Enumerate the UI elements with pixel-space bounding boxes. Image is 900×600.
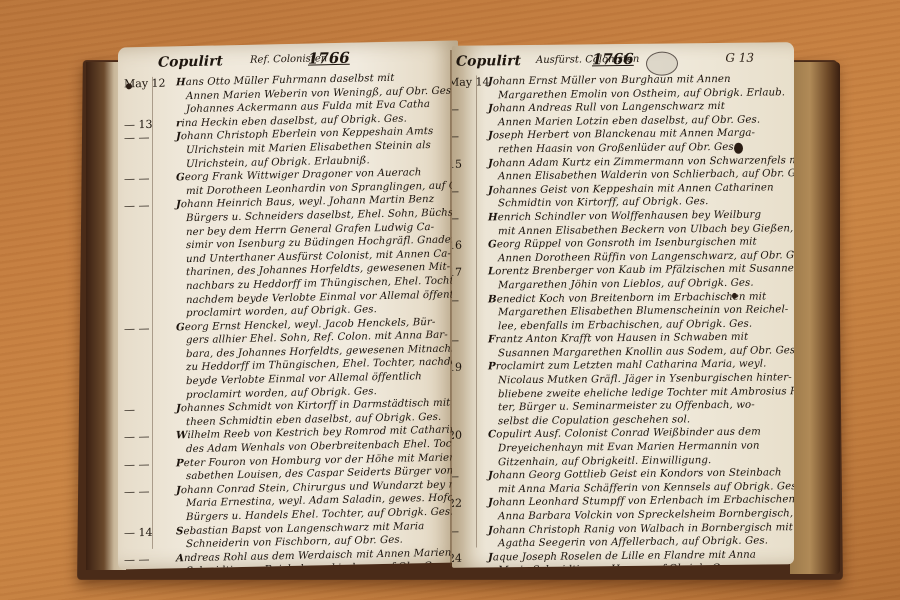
- register-entry: —Johann Christoph Ranig von Walbach in B…: [452, 521, 794, 552]
- book-page-edges-right: [790, 62, 840, 574]
- left-page: Copulirt Ref. Colonisten 1766 May 12Hans…: [118, 40, 458, 569]
- entry-date-marker: 22: [452, 497, 462, 511]
- entry-date-marker: 15: [452, 157, 462, 171]
- entry-date-marker: — 13: [124, 118, 153, 132]
- register-entry: —Johann Georg Gottlieb Geist ein Kondors…: [452, 466, 794, 497]
- entry-date-marker: —: [452, 184, 459, 198]
- register-entry: 17Lorentz Brenberger von Kaub im Pfälzis…: [452, 263, 794, 294]
- register-entry: May 14Johann Ernst Müller von Burghaun m…: [452, 72, 794, 103]
- entry-date-marker: — —: [124, 430, 150, 444]
- entry-date-marker: — —: [124, 485, 150, 499]
- register-entry: 16Georg Rüppel von Gonsroth im Isenburgi…: [452, 235, 794, 266]
- entry-date-marker: —: [452, 130, 459, 144]
- folio-number: G 13: [725, 51, 754, 65]
- register-entry: — —Georg Ernst Henckel, weyl. Jacob Henc…: [118, 315, 458, 404]
- ink-blot: [732, 293, 737, 299]
- register-entry: —Johannes Geist von Keppeshain mit Annen…: [452, 181, 794, 212]
- register-entry: May 12Hans Otto Müller Fuhrmann daselbst…: [118, 70, 458, 118]
- register-entry: — —Johann Christoph Eberlein von Keppesh…: [118, 125, 458, 173]
- register-entry: — —Johann Conrad Stein, Chirurgus und Wu…: [118, 478, 458, 526]
- entry-date-marker: —: [452, 524, 459, 538]
- register-entry: 15Johann Adam Kurtz ein Zimmermann von S…: [452, 154, 794, 185]
- entry-date-marker: —: [452, 293, 459, 307]
- entry-date-marker: — —: [124, 199, 150, 213]
- seal-stamp-icon: [646, 51, 678, 75]
- entry-date-marker: 17: [452, 266, 462, 280]
- register-entry: —Frantz Anton Krafft von Hausen in Schwa…: [452, 330, 794, 361]
- entry-date-marker: 16: [452, 239, 462, 253]
- register-entry: —Johann Andreas Rull von Langenschwarz m…: [452, 99, 794, 130]
- left-header-year: 1766: [308, 49, 350, 68]
- entry-date-marker: —: [452, 103, 459, 117]
- entry-date-marker: 20: [452, 429, 462, 443]
- entry-date-marker: — —: [124, 322, 150, 336]
- register-entry: 22Johann Leonhard Stumpff von Erlenbach …: [452, 494, 794, 525]
- entry-date-marker: — —: [124, 458, 150, 472]
- entry-date-marker: —: [452, 212, 459, 226]
- entry-date-marker: — 14: [124, 525, 153, 539]
- register-entry: —Henrich Schindler von Wolffenhausen bey…: [452, 208, 794, 239]
- entry-date-marker: May 14: [452, 75, 490, 89]
- left-entries: May 12Hans Otto Müller Fuhrmann daselbst…: [118, 70, 458, 569]
- right-header-title: Copulirt: [456, 53, 521, 70]
- entry-date-marker: 24: [452, 551, 462, 565]
- entry-date-marker: — —: [124, 172, 150, 186]
- register-entry: 19Proclamirt zum Letzten mahl Catharina …: [452, 358, 794, 430]
- ink-blot: [734, 143, 743, 154]
- right-page-header: Copulirt Ausfürst. Colonisten 1766 G 13: [456, 48, 784, 73]
- left-page-header: Copulirt Ref. Colonisten 1766: [158, 47, 448, 75]
- entry-date-marker: — —: [124, 553, 150, 567]
- register-entry: — —Johann Heinrich Baus, weyl. Johann Ma…: [118, 193, 458, 322]
- entry-date-marker: —: [124, 403, 135, 417]
- register-entry: 20Copulirt Ausf. Colonist Conrad Weißbin…: [452, 426, 794, 470]
- right-header-year: 1766: [592, 50, 634, 68]
- register-entry: —Joseph Herbert von Blanckenau mit Annen…: [452, 127, 794, 158]
- entry-date-marker: —: [452, 334, 459, 348]
- register-entry: —Benedict Koch von Breitenborn im Erbach…: [452, 290, 794, 334]
- entry-date-marker: 19: [452, 361, 462, 375]
- right-page: Copulirt Ausfürst. Colonisten 1766 G 13 …: [452, 42, 794, 568]
- entry-date-marker: — —: [124, 131, 150, 145]
- entry-date-marker: —: [452, 470, 459, 484]
- left-header-title: Copulirt: [158, 53, 223, 70]
